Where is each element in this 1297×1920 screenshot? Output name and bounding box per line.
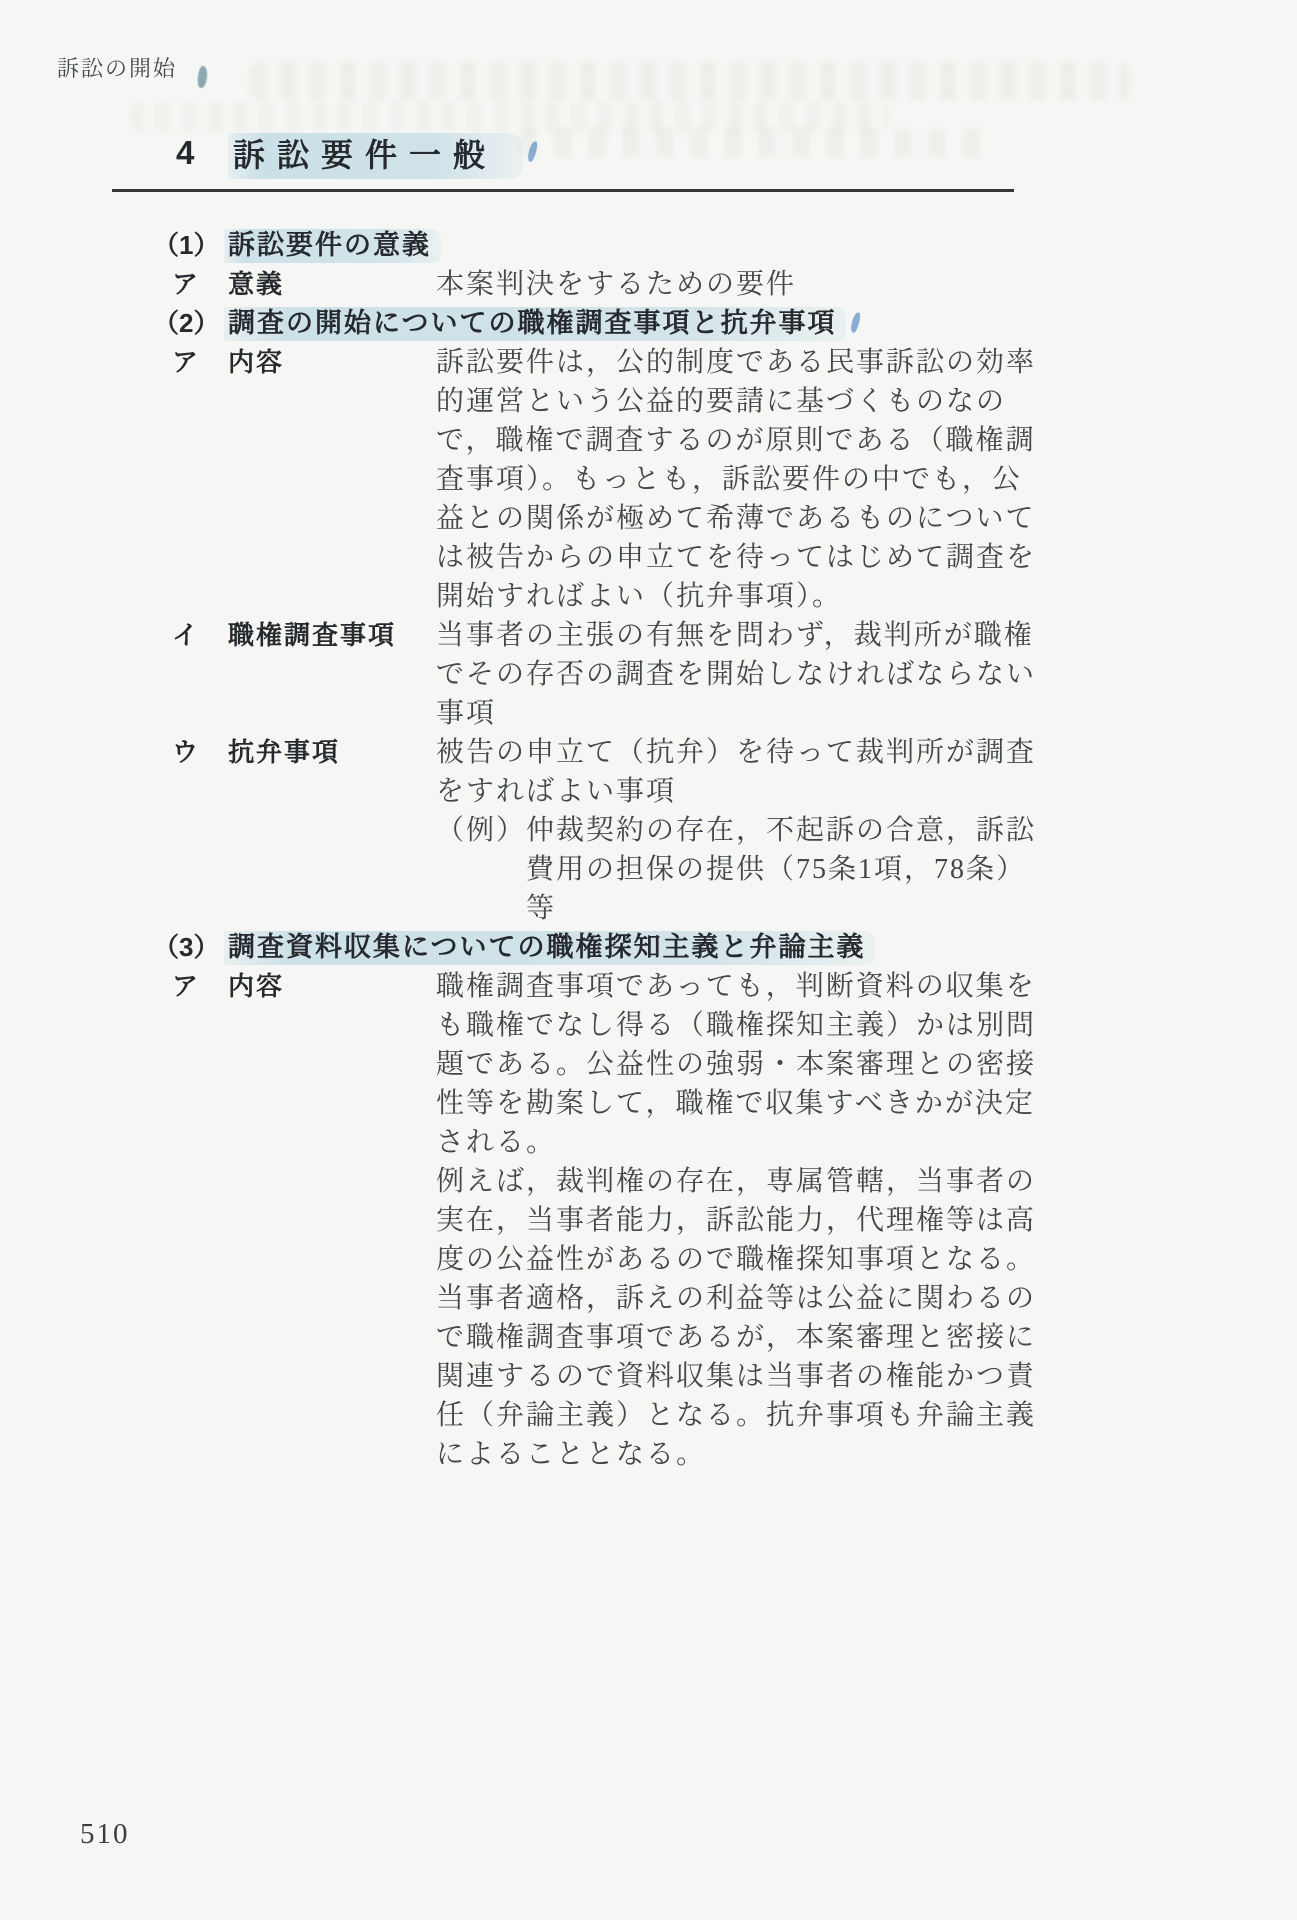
chapter-title: 4 訴訟要件一般 <box>176 133 536 179</box>
entry-label: 内容 <box>228 967 436 1006</box>
entry-kana: ウ <box>172 733 228 772</box>
entry-text: 当事者の主張の有無を問わず，裁判所が職権 でその存否の調査を開始しなければならな… <box>436 616 1036 733</box>
highlighter-pen-mark <box>527 140 539 162</box>
entry-row: ア 内容 職権調査事項であっても，判断資料の収集を も職権でなし得る（職権探知主… <box>0 967 1297 1474</box>
entry-kana: ア <box>172 343 228 382</box>
section-heading-2: （2） 調査の開始についての職権調査事項と抗弁事項 <box>0 304 1297 343</box>
entry-text: 被告の申立て（抗弁）を待って裁判所が調査 をすればよい事項 （例）仲裁契約の存在… <box>436 733 1036 928</box>
entry-label: 意義 <box>228 265 436 304</box>
section-title: 調査の開始についての職権調査事項と抗弁事項 <box>228 304 846 343</box>
section-number: （3） <box>153 928 228 967</box>
section-heading-1: （1） 訴訟要件の意義 <box>0 226 1297 265</box>
page-content: （1） 訴訟要件の意義 ア 意義 本案判決をするための要件 （2） 調査の開始に… <box>0 226 1297 1474</box>
entry-text: 本案判決をするための要件 <box>436 265 796 304</box>
highlighted-heading-text: 訴訟要件の意義 <box>224 229 441 263</box>
running-head: 訴訟の開始 <box>57 52 177 83</box>
highlighted-heading-text: 調査資料収集についての職権探知主義と弁論主義 <box>224 931 875 965</box>
section-number: （1） <box>153 226 228 265</box>
chapter-number: 4 <box>176 133 233 173</box>
textbook-page: 訴訟の開始 4 訴訟要件一般 （1） 訴訟要件の意義 ア 意義 本案判決をするた… <box>0 0 1297 1920</box>
page-bleedthrough <box>250 62 1130 100</box>
entry-kana: イ <box>172 616 228 655</box>
page-bleedthrough <box>130 102 890 132</box>
title-underline <box>112 189 1014 192</box>
stray-ink-mark <box>197 65 209 88</box>
highlighted-heading-text: 調査の開始についての職権調査事項と抗弁事項 <box>224 307 846 341</box>
entry-text: 職権調査事項であっても，判断資料の収集を も職権でなし得る（職権探知主義）かは別… <box>436 967 1036 1474</box>
section-title: 調査資料収集についての職権探知主義と弁論主義 <box>228 928 875 967</box>
section-title: 訴訟要件の意義 <box>228 226 441 265</box>
entry-kana: ア <box>172 967 228 1006</box>
entry-text: 訴訟要件は，公的制度である民事訴訟の効率 的運営という公益的要請に基づくものなの… <box>436 343 1036 616</box>
entry-row: ア 意義 本案判決をするための要件 <box>0 265 1297 304</box>
page-bleedthrough <box>520 128 990 158</box>
page-number: 510 <box>80 1818 130 1851</box>
entry-kana: ア <box>172 265 228 304</box>
entry-row: イ 職権調査事項 当事者の主張の有無を問わず，裁判所が職権 でその存否の調査を開… <box>0 616 1297 733</box>
chapter-title-text: 訴訟要件一般 <box>228 133 523 179</box>
entry-label: 内容 <box>228 343 436 382</box>
section-number: （2） <box>153 304 228 343</box>
entry-row: ア 内容 訴訟要件は，公的制度である民事訴訟の効率 的運営という公益的要請に基づ… <box>0 343 1297 616</box>
entry-label: 職権調査事項 <box>228 616 436 655</box>
entry-label: 抗弁事項 <box>228 733 436 772</box>
highlighter-pen-mark <box>850 311 862 333</box>
section-heading-3: （3） 調査資料収集についての職権探知主義と弁論主義 <box>0 928 1297 967</box>
entry-row: ウ 抗弁事項 被告の申立て（抗弁）を待って裁判所が調査 をすればよい事項 （例）… <box>0 733 1297 928</box>
